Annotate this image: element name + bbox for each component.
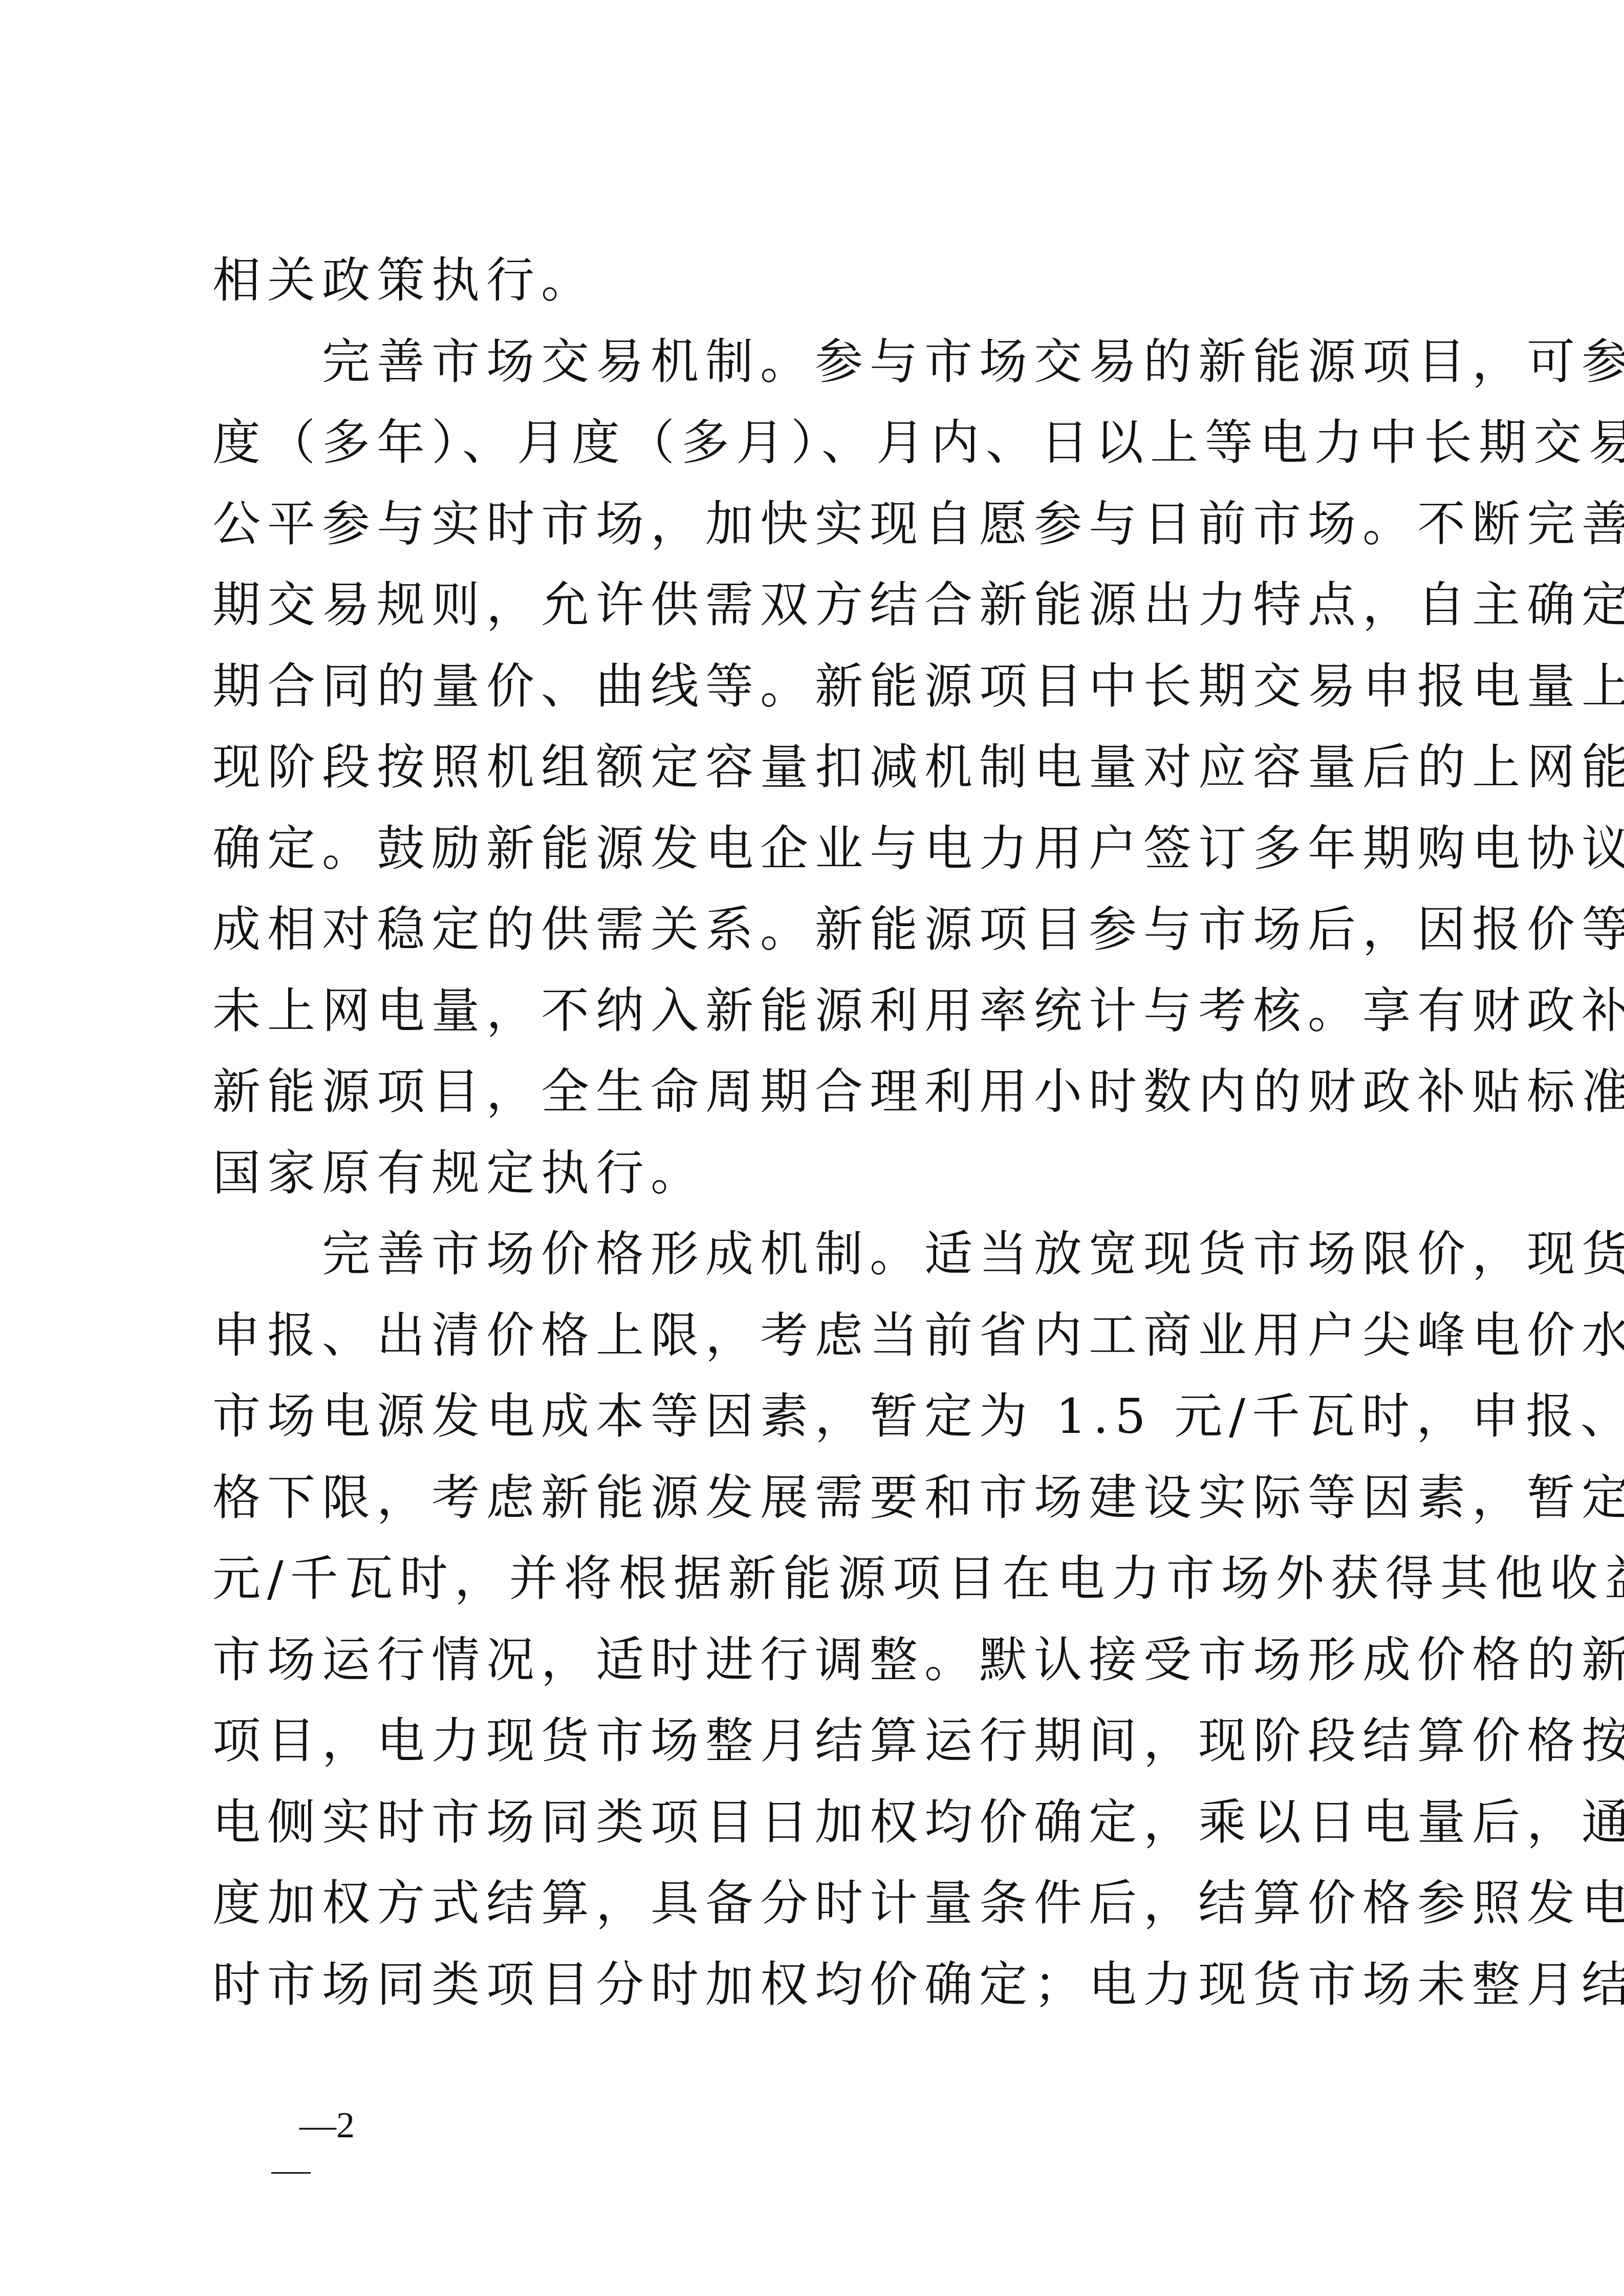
text-line: 相关政策执行。 [212,241,1425,322]
footer-dash-divider [271,2172,311,2174]
text-line: 市场电源发电成本等因素，暂定为 1.5 元/千瓦时，申报、出清价 [212,1377,1425,1458]
paragraph-start-market-trading: 完善市场交易机制。参与市场交易的新能源项目，可参与年 [212,322,1425,403]
text-line: 期交易规则，允许供需双方结合新能源出力特点，自主确定中长 [212,565,1425,647]
body-text: 相关政策执行。 完善市场交易机制。参与市场交易的新能源项目，可参与年 度（多年）… [212,241,1425,2026]
text-line: 度（多年）、月度（多月）、月内、日以上等电力中长期交易， [212,403,1425,484]
text-line: 市场运行情况，适时进行调整。默认接受市场形成价格的新能源 [212,1620,1425,1702]
text-line: 现阶段按照机组额定容量扣减机制电量对应容量后的上网能力 [212,727,1425,809]
text-line: 项目，电力现货市场整月结算运行期间，现阶段结算价格按照发 [212,1701,1425,1783]
text-line: 国家原有规定执行。 [212,1133,1425,1215]
page-number: —2 [299,2104,355,2147]
text-line: 时市场同类项目分时加权均价确定；电力现货市场未整月结算运 [212,1945,1425,2026]
document-page: 相关政策执行。 完善市场交易机制。参与市场交易的新能源项目，可参与年 度（多年）… [0,0,1624,2296]
text-line: 电侧实时市场同类项目日加权均价确定，乘以日电量后，通过月 [212,1783,1425,1864]
text-line: 元/千瓦时，并将根据新能源项目在电力市场外获得其他收益和 [212,1539,1425,1620]
text-line: 公平参与实时市场，加快实现自愿参与日前市场。不断完善中长 [212,484,1425,566]
text-line: 新能源项目，全生命周期合理利用小时数内的财政补贴标准，按 [212,1052,1425,1133]
text-line: 申报、出清价格上限，考虑当前省内工商业用户尖峰电价水平和 [212,1296,1425,1377]
text-line: 成相对稳定的供需关系。新能源项目参与市场后，因报价等因素 [212,890,1425,971]
text-line: 确定。鼓励新能源发电企业与电力用户签订多年期购电协议，形 [212,809,1425,890]
paragraph-start-price-formation: 完善市场价格形成机制。适当放宽现货市场限价，现货市场 [212,1214,1425,1296]
text-line: 期合同的量价、曲线等。新能源项目中长期交易申报电量上限， [212,647,1425,728]
text-line: 格下限，考虑新能源发展需要和市场建设实际等因素，暂定为 0 [212,1458,1425,1539]
text-line: 度加权方式结算，具备分时计量条件后，结算价格参照发电侧实 [212,1863,1425,1945]
text-line: 未上网电量，不纳入新能源利用率统计与考核。享有财政补贴的 [212,971,1425,1053]
